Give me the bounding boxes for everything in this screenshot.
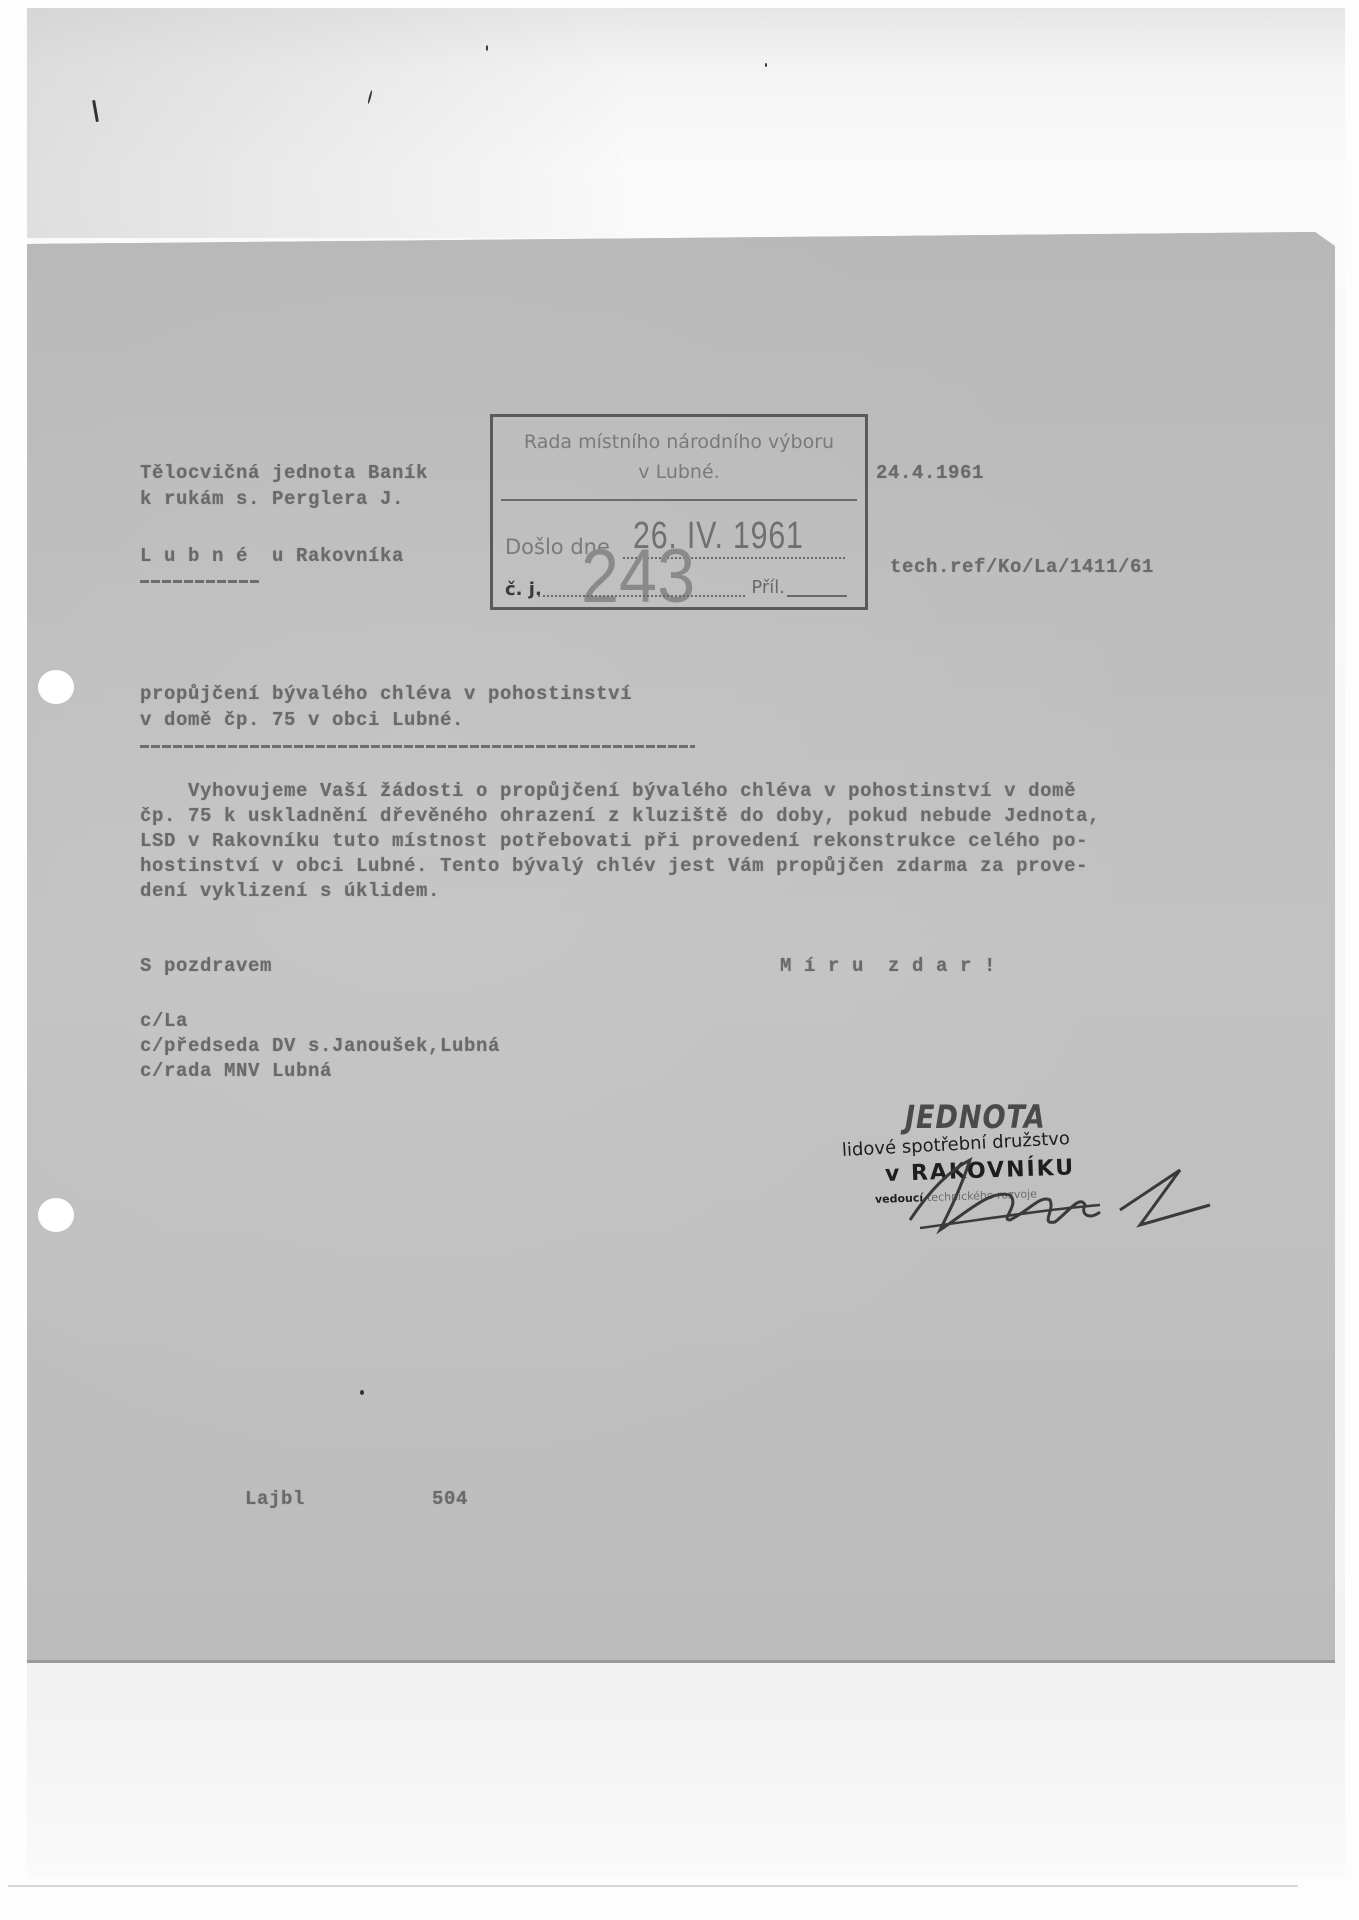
stamp-divider: [501, 499, 857, 501]
stamp-attachments-label: Příl.: [751, 577, 785, 598]
scan-edge-line: [8, 1885, 1298, 1887]
closing: M í r u z d a r !: [780, 955, 996, 977]
recipient-line-3: L u b n é u Rakovníka: [140, 545, 404, 567]
body-line: čp. 75 k uskladnění dřevěného ohrazení z…: [140, 805, 1100, 827]
punch-hole-bottom: [38, 1198, 74, 1232]
received-stamp: Rada místního národního výboru v Lubné. …: [490, 414, 868, 610]
copy-recipient: c/rada MNV Lubná: [140, 1060, 332, 1082]
stamp-organization: Rada místního národního výboru v Lubné.: [493, 427, 865, 487]
signature: [890, 1150, 1220, 1240]
subject-line-1: propůjčení bývalého chléva v pohostinstv…: [140, 683, 632, 705]
recipient-underline: [140, 580, 260, 583]
recipient-line-2: k rukám s. Perglera J.: [140, 488, 404, 510]
subject-underline: [140, 745, 695, 748]
typist-initials: Lajbl: [245, 1488, 305, 1510]
scan-speck: [486, 45, 488, 51]
recipient-line-1: Tělocvičná jednota Baník: [140, 462, 428, 484]
subject-line-2: v domě čp. 75 v obci Lubné.: [140, 709, 464, 731]
stamp-org-line-1: Rada místního národního výboru: [493, 427, 865, 457]
body-line: LSD v Rakovníku tuto místnost potřebovat…: [140, 830, 1088, 852]
greeting: S pozdravem: [140, 955, 272, 977]
letter-reference: tech.ref/Ko/La/1411/61: [890, 556, 1154, 578]
body-line: hostinství v obci Lubné. Tento bývalý ch…: [140, 855, 1088, 877]
punch-hole-top: [38, 670, 74, 704]
scan-speck: [765, 63, 767, 67]
stamp-dotted-line: [538, 595, 745, 597]
scan-speck: [360, 1390, 364, 1395]
stamp-ref-number: 243: [581, 539, 695, 615]
stamp-ref-label: č. j.: [505, 579, 542, 600]
stamp-attachments-line: [787, 595, 847, 597]
letter-date: 24.4.1961: [876, 462, 984, 484]
footer-number: 504: [432, 1488, 468, 1510]
copy-recipient: c/La: [140, 1010, 188, 1032]
body-line: Vyhovujeme Vaší žádosti o propůjčení býv…: [140, 780, 1076, 802]
stamp-org-line-2: v Lubné.: [493, 457, 865, 487]
copy-recipient: c/předseda DV s.Janoušek,Lubná: [140, 1035, 500, 1057]
body-line: dení vyklizení s úklidem.: [140, 880, 440, 902]
